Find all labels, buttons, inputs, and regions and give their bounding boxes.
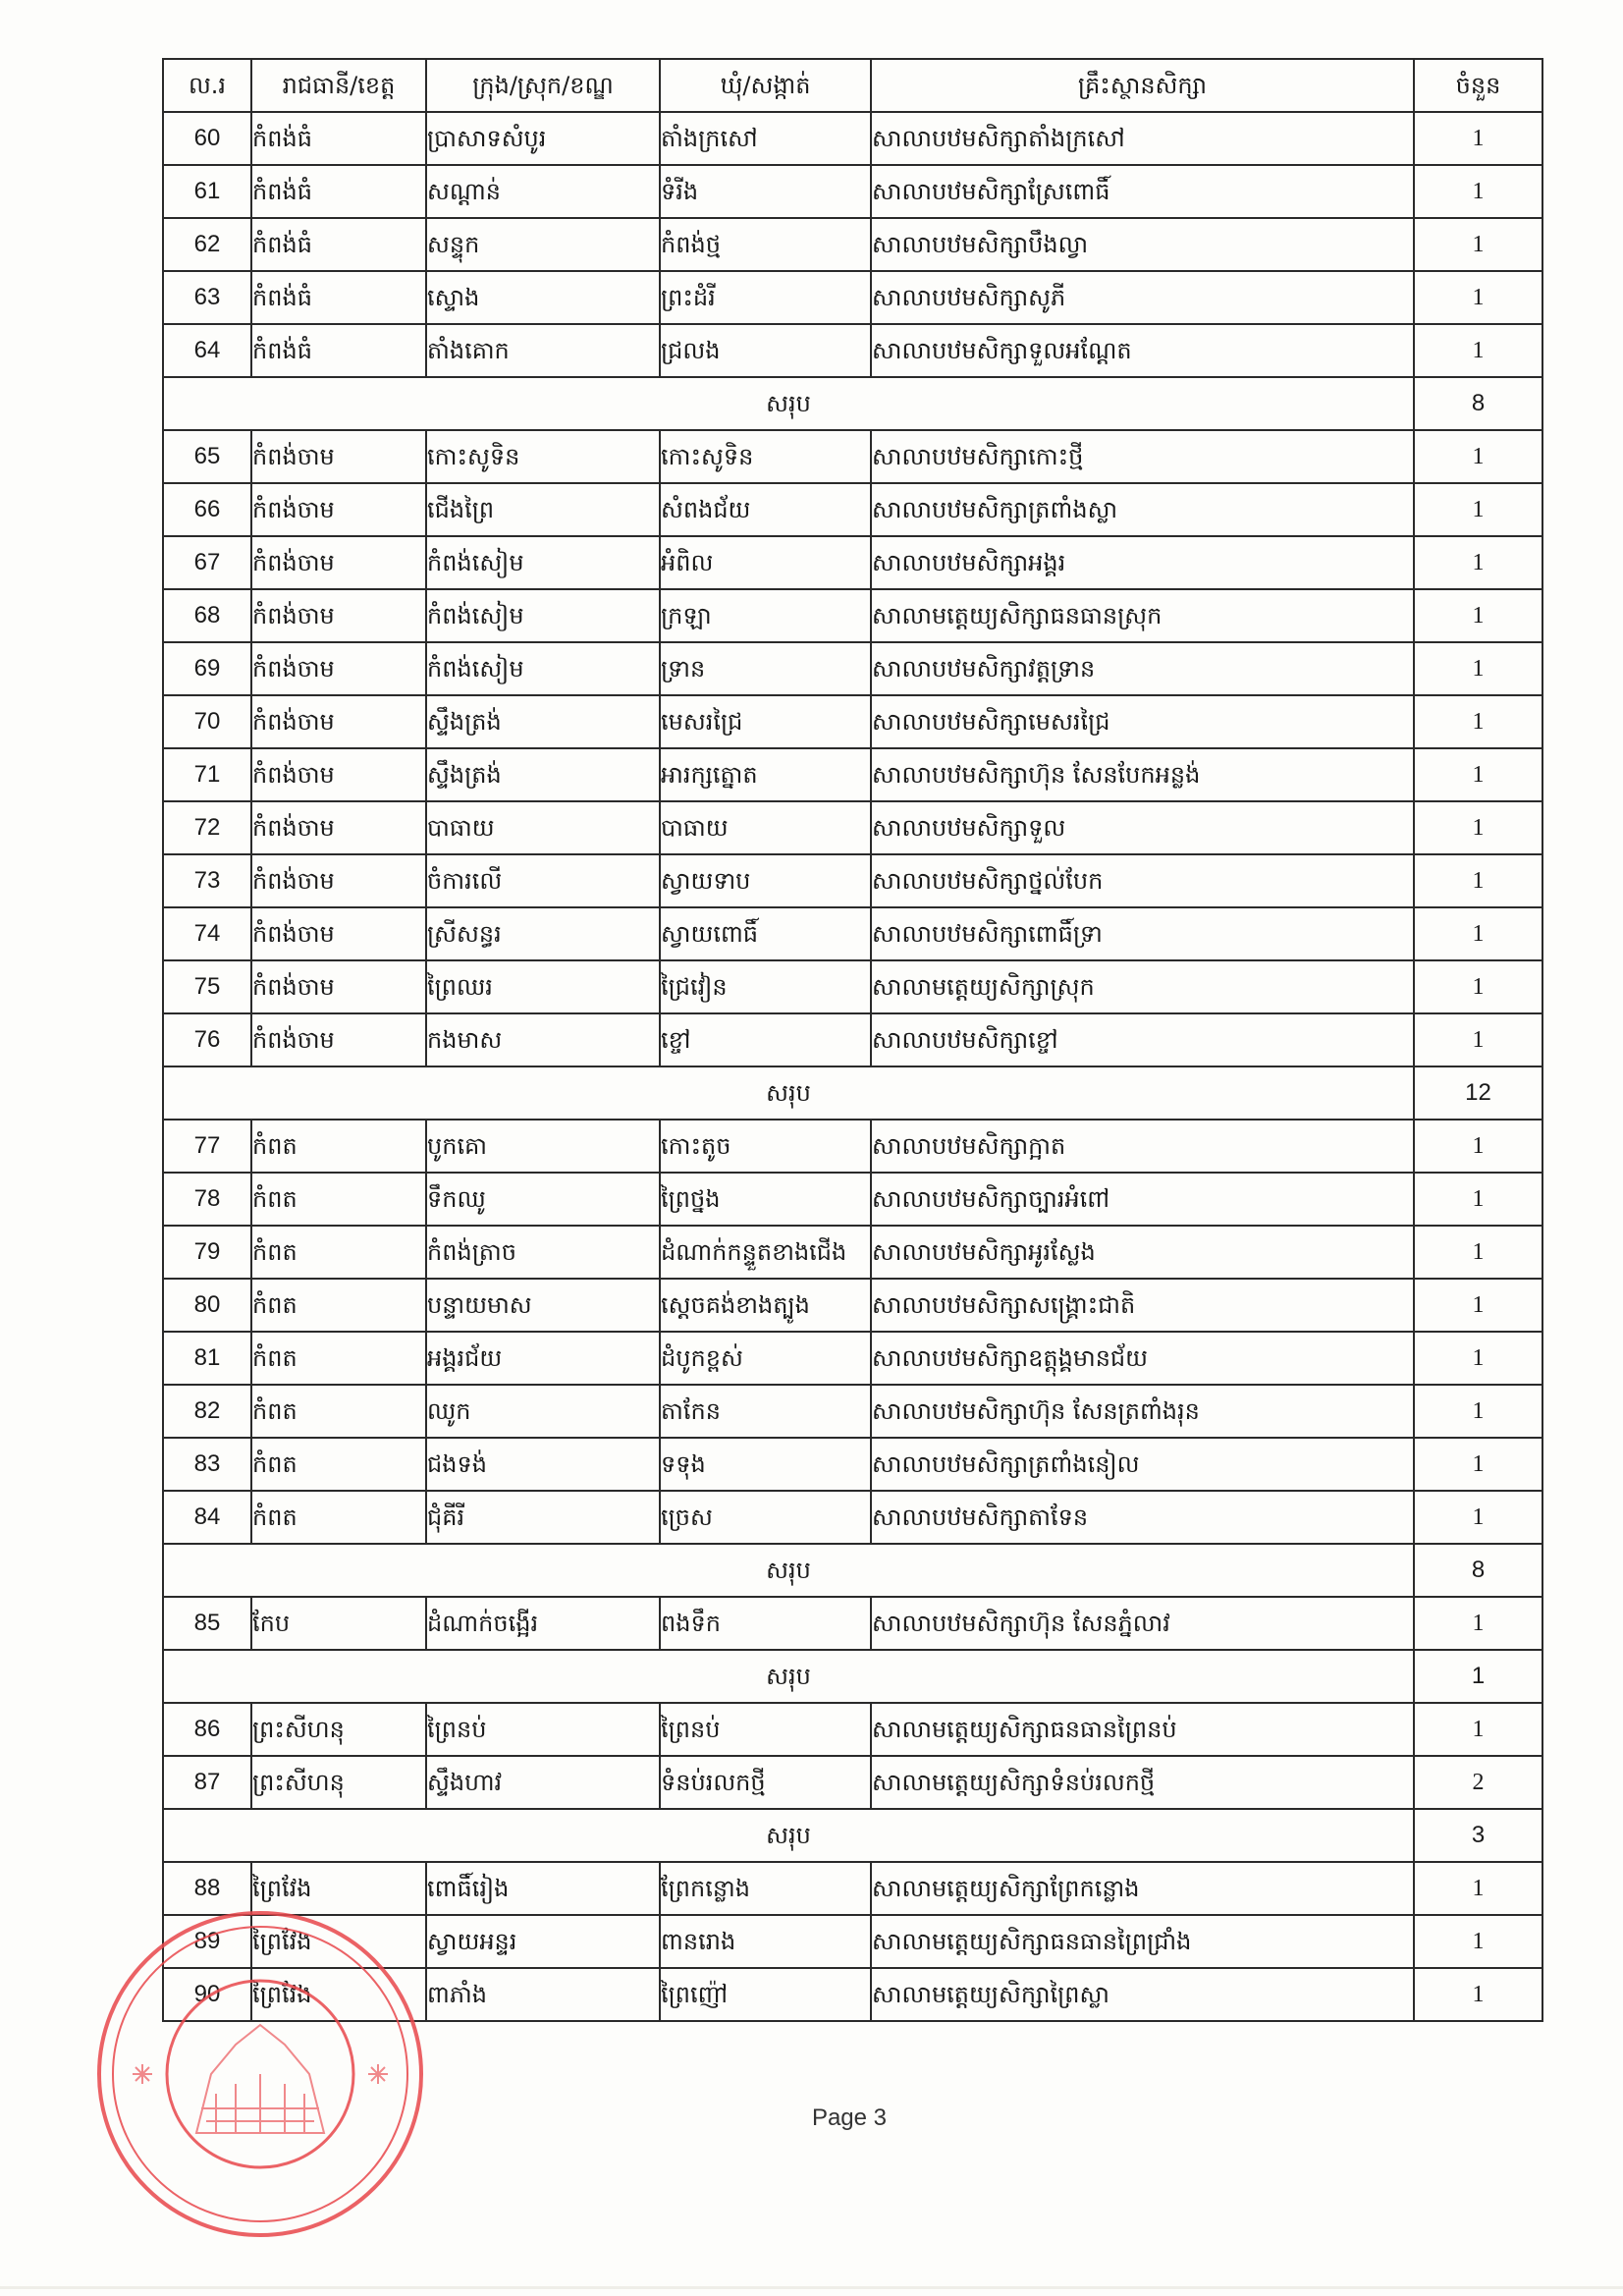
- header-commune: ឃុំ/សង្កាត់: [660, 59, 871, 112]
- commune-cell: ដំណាក់កន្ទួតខាងជើង: [660, 1226, 871, 1279]
- province-cell: កំពង់ចាម: [251, 960, 426, 1013]
- province-cell: កំពង់ចាម: [251, 854, 426, 907]
- row-number: 77: [163, 1120, 251, 1173]
- province-cell: កំពង់ចាម: [251, 1013, 426, 1066]
- row-number: 86: [163, 1703, 251, 1756]
- row-number: 80: [163, 1279, 251, 1332]
- subtotal-row: សរុប8: [163, 1544, 1542, 1597]
- school-cell: សាលាបឋមសិក្សាវត្តទ្រាន: [871, 642, 1414, 695]
- school-cell: សាលាបឋមសិក្សាអូរស្លែង: [871, 1226, 1414, 1279]
- district-cell: ស្ទឹងត្រង់: [426, 695, 660, 748]
- table-row: 75កំពង់ចាមព្រៃឈរជ្រៃវៀនសាលាមត្តេយ្យសិក្ស…: [163, 960, 1542, 1013]
- count-cell: 1: [1414, 483, 1542, 536]
- row-number: 78: [163, 1173, 251, 1226]
- school-cell: សាលាបឋមសិក្សាតាំងក្រសៅ: [871, 112, 1414, 165]
- table-row: 77កំពតបូកគោកោះតូចសាលាបឋមសិក្សាក្អាត1: [163, 1120, 1542, 1173]
- school-cell: សាលាបឋមសិក្សាហ៊ុន សែនភ្នំលាវ: [871, 1597, 1414, 1650]
- commune-cell: ស្ដេចគង់ខាងត្បូង: [660, 1279, 871, 1332]
- school-cell: សាលាបឋមសិក្សាមេសរជ្រៃ: [871, 695, 1414, 748]
- district-cell: ព្រៃឈរ: [426, 960, 660, 1013]
- subtotal-value: 12: [1414, 1066, 1542, 1120]
- school-cell: សាលាបឋមសិក្សាកោះថ្មី: [871, 430, 1414, 483]
- table-row: 66កំពង់ចាមជើងព្រៃសំពងជ័យសាលាបឋមសិក្សាត្រ…: [163, 483, 1542, 536]
- province-cell: កំពត: [251, 1332, 426, 1385]
- row-number: 70: [163, 695, 251, 748]
- school-cell: សាលាបឋមសិក្សាពោធិ៍ទ្រា: [871, 907, 1414, 960]
- commune-cell: កោះតូច: [660, 1120, 871, 1173]
- table-row: 62កំពង់ធំសន្ទុកកំពង់ថ្មសាលាបឋមសិក្សាបឹងល…: [163, 218, 1542, 271]
- district-cell: ស្វាយអន្ទរ: [426, 1915, 660, 1968]
- header-district: ក្រុង/ស្រុក/ខណ្ឌ: [426, 59, 660, 112]
- province-cell: កំពង់ធំ: [251, 112, 426, 165]
- row-number: 60: [163, 112, 251, 165]
- school-cell: សាលាបឋមសិក្សាសូភី: [871, 271, 1414, 324]
- district-cell: ស្ទោង: [426, 271, 660, 324]
- commune-cell: ព្រៃថ្នង: [660, 1173, 871, 1226]
- district-cell: កំពង់សៀម: [426, 589, 660, 642]
- province-cell: កំពង់ចាម: [251, 801, 426, 854]
- commune-cell: ព្រៃនប់: [660, 1703, 871, 1756]
- row-number: 76: [163, 1013, 251, 1066]
- row-number: 83: [163, 1438, 251, 1491]
- province-cell: កំពត: [251, 1385, 426, 1438]
- commune-cell: ជ្រលង: [660, 324, 871, 377]
- province-cell: កំពង់ចាម: [251, 695, 426, 748]
- row-number: 67: [163, 536, 251, 589]
- province-cell: កំពង់ចាម: [251, 748, 426, 801]
- province-cell: កំពត: [251, 1226, 426, 1279]
- row-number: 62: [163, 218, 251, 271]
- count-cell: 1: [1414, 695, 1542, 748]
- count-cell: 1: [1414, 1438, 1542, 1491]
- table-row: 81កំពតអង្គរជ័យដំបូកខ្ពស់សាលាបឋមសិក្សាឧត្…: [163, 1332, 1542, 1385]
- school-cell: សាលាបឋមសិក្សាក្អាត: [871, 1120, 1414, 1173]
- school-cell: សាលាបឋមសិក្សាច្បារអំពៅ: [871, 1173, 1414, 1226]
- count-cell: 1: [1414, 1332, 1542, 1385]
- province-cell: ព្រៃវែង: [251, 1915, 426, 1968]
- commune-cell: ទំនប់រលកថ្មី: [660, 1756, 871, 1809]
- school-cell: សាលាបឋមសិក្សាអង្គរ: [871, 536, 1414, 589]
- count-cell: 1: [1414, 1173, 1542, 1226]
- table-row: 83កំពតជងទង់ទទុងសាលាបឋមសិក្សាត្រពាំងនៀល1: [163, 1438, 1542, 1491]
- row-number: 88: [163, 1862, 251, 1915]
- school-cell: សាលាបឋមសិក្សាទួលអណ្ដែត: [871, 324, 1414, 377]
- school-cell: សាលាបឋមសិក្សាសង្គ្រោះជាតិ: [871, 1279, 1414, 1332]
- row-number: 73: [163, 854, 251, 907]
- table-row: 86ព្រះសីហនុព្រៃនប់ព្រៃនប់សាលាមត្តេយ្យសិក…: [163, 1703, 1542, 1756]
- school-cell: សាលាបឋមសិក្សាស្រែពោធិ៍: [871, 165, 1414, 218]
- table-row: 84កំពតជុំគីរីច្រេសសាលាបឋមសិក្សាតាទែន1: [163, 1491, 1542, 1544]
- district-cell: អង្គរជ័យ: [426, 1332, 660, 1385]
- school-cell: សាលាបឋមសិក្សាឧត្តុង្គមានជ័យ: [871, 1332, 1414, 1385]
- province-cell: កំពង់ចាម: [251, 536, 426, 589]
- province-cell: កំពង់ចាម: [251, 483, 426, 536]
- count-cell: 1: [1414, 271, 1542, 324]
- row-number: 82: [163, 1385, 251, 1438]
- subtotal-label: សរុប: [163, 1066, 1414, 1120]
- count-cell: 1: [1414, 165, 1542, 218]
- table-row: 69កំពង់ចាមកំពង់សៀមទ្រានសាលាបឋមសិក្សាវត្ត…: [163, 642, 1542, 695]
- district-cell: សណ្ដាន់: [426, 165, 660, 218]
- commune-cell: ទ្រាន: [660, 642, 871, 695]
- table-row: 89ព្រៃវែងស្វាយអន្ទរពានរោងសាលាមត្តេយ្យសិក…: [163, 1915, 1542, 1968]
- district-cell: ព្រៃនប់: [426, 1703, 660, 1756]
- commune-cell: ព្រះដំរី: [660, 271, 871, 324]
- school-cell: សាលាមត្តេយ្យសិក្សាព្រែកន្លោង: [871, 1862, 1414, 1915]
- table-row: 70កំពង់ចាមស្ទឹងត្រង់មេសរជ្រៃសាលាបឋមសិក្ស…: [163, 695, 1542, 748]
- commune-cell: ស្វាយពោធិ៍: [660, 907, 871, 960]
- district-cell: កោះសូទិន: [426, 430, 660, 483]
- table-row: 60កំពង់ធំប្រាសាទសំបូរតាំងក្រសៅសាលាបឋមសិក…: [163, 112, 1542, 165]
- table-row: 64កំពង់ធំតាំងគោកជ្រលងសាលាបឋមសិក្សាទួលអណ្…: [163, 324, 1542, 377]
- count-cell: 1: [1414, 801, 1542, 854]
- commune-cell: អំពិល: [660, 536, 871, 589]
- row-number: 61: [163, 165, 251, 218]
- table-row: 73កំពង់ចាមចំការលើស្វាយទាបសាលាបឋមសិក្សាថ្…: [163, 854, 1542, 907]
- count-cell: 1: [1414, 1915, 1542, 1968]
- table-body: 60កំពង់ធំប្រាសាទសំបូរតាំងក្រសៅសាលាបឋមសិក…: [163, 112, 1542, 2021]
- subtotal-value: 8: [1414, 377, 1542, 430]
- subtotal-row: សរុប3: [163, 1809, 1542, 1862]
- district-cell: តាំងគោក: [426, 324, 660, 377]
- table-row: 78កំពតទឹកឈូព្រៃថ្នងសាលាបឋមសិក្សាច្បារអំព…: [163, 1173, 1542, 1226]
- table-row: 85កែបដំណាក់ចង្អើរពងទឹកសាលាបឋមសិក្សាហ៊ុន …: [163, 1597, 1542, 1650]
- commune-cell: ក្រឡា: [660, 589, 871, 642]
- district-cell: ស្ទឹងត្រង់: [426, 748, 660, 801]
- count-cell: 1: [1414, 1491, 1542, 1544]
- table-row: 90ព្រៃវែងពាភាំងព្រៃញ៉ៅសាលាមត្តេយ្យសិក្សា…: [163, 1968, 1542, 2021]
- commune-cell: ដំបូកខ្ពស់: [660, 1332, 871, 1385]
- province-cell: កំពង់ធំ: [251, 218, 426, 271]
- district-cell: ស្ទឹងហាវ: [426, 1756, 660, 1809]
- province-cell: ព្រៃវែង: [251, 1862, 426, 1915]
- school-cell: សាលាមត្តេយ្យសិក្សាធនធានស្រុក: [871, 589, 1414, 642]
- commune-cell: សំពងជ័យ: [660, 483, 871, 536]
- district-cell: ជើងព្រៃ: [426, 483, 660, 536]
- table-row: 88ព្រៃវែងពោធិ៍រៀងព្រែកន្លោងសាលាមត្តេយ្យស…: [163, 1862, 1542, 1915]
- table-row: 87ព្រះសីហនុស្ទឹងហាវទំនប់រលកថ្មីសាលាមត្តេ…: [163, 1756, 1542, 1809]
- commune-cell: ច្រេស: [660, 1491, 871, 1544]
- district-cell: ស្រីសន្ធរ: [426, 907, 660, 960]
- count-cell: 1: [1414, 642, 1542, 695]
- school-cell: សាលាបឋមសិក្សាហ៊ុន សែនបែកអន្លង់: [871, 748, 1414, 801]
- commune-cell: ព្រែកន្លោង: [660, 1862, 871, 1915]
- table-row: 65កំពង់ចាមកោះសូទិនកោះសូទិនសាលាបឋមសិក្សាក…: [163, 430, 1542, 483]
- row-number: 90: [163, 1968, 251, 2021]
- district-cell: បូកគោ: [426, 1120, 660, 1173]
- count-cell: 1: [1414, 748, 1542, 801]
- row-number: 68: [163, 589, 251, 642]
- header-no: ល.រ: [163, 59, 251, 112]
- province-cell: កំពង់ធំ: [251, 271, 426, 324]
- table-row: 74កំពង់ចាមស្រីសន្ធរស្វាយពោធិ៍សាលាបឋមសិក្…: [163, 907, 1542, 960]
- commune-cell: ទំរីង: [660, 165, 871, 218]
- commune-cell: ស្វាយទាប: [660, 854, 871, 907]
- school-cell: សាលាបឋមសិក្សាបឹងល្វា: [871, 218, 1414, 271]
- count-cell: 1: [1414, 112, 1542, 165]
- header-row: ល.រ រាជធានី/ខេត្ត ក្រុង/ស្រុក/ខណ្ឌ ឃុំ/ស…: [163, 59, 1542, 112]
- table-row: 71កំពង់ចាមស្ទឹងត្រង់អារក្សត្នោតសាលាបឋមសិ…: [163, 748, 1542, 801]
- school-cell: សាលាបឋមសិក្សាតាទែន: [871, 1491, 1414, 1544]
- district-cell: ឈូក: [426, 1385, 660, 1438]
- row-number: 79: [163, 1226, 251, 1279]
- province-cell: កំពង់ចាម: [251, 589, 426, 642]
- district-cell: កំពង់សៀម: [426, 642, 660, 695]
- province-cell: កំពង់ចាម: [251, 642, 426, 695]
- subtotal-value: 3: [1414, 1809, 1542, 1862]
- subtotal-value: 1: [1414, 1650, 1542, 1703]
- school-cell: សាលាបឋមសិក្សាហ៊ុន សែនត្រពាំងរុន: [871, 1385, 1414, 1438]
- district-cell: ពោធិ៍រៀង: [426, 1862, 660, 1915]
- school-cell: សាលាមត្តេយ្យសិក្សាព្រៃស្លា: [871, 1968, 1414, 2021]
- district-cell: កំពង់ត្រាច: [426, 1226, 660, 1279]
- commune-cell: មេសរជ្រៃ: [660, 695, 871, 748]
- subtotal-value: 8: [1414, 1544, 1542, 1597]
- header-province: រាជធានី/ខេត្ត: [251, 59, 426, 112]
- province-cell: កំពត: [251, 1438, 426, 1491]
- commune-cell: ជ្រៃវៀន: [660, 960, 871, 1013]
- row-number: 89: [163, 1915, 251, 1968]
- row-number: 87: [163, 1756, 251, 1809]
- page-edge: [0, 2286, 1623, 2289]
- header-count: ចំនួន: [1414, 59, 1542, 112]
- district-cell: ទឹកឈូ: [426, 1173, 660, 1226]
- district-cell: បាធាយ: [426, 801, 660, 854]
- subtotal-label: សរុប: [163, 377, 1414, 430]
- subtotal-row: សរុប12: [163, 1066, 1542, 1120]
- commune-cell: កោះសូទិន: [660, 430, 871, 483]
- table-row: 61កំពង់ធំសណ្ដាន់ទំរីងសាលាបឋមសិក្សាស្រែពោ…: [163, 165, 1542, 218]
- table-row: 63កំពង់ធំស្ទោងព្រះដំរីសាលាបឋមសិក្សាសូភី1: [163, 271, 1542, 324]
- row-number: 84: [163, 1491, 251, 1544]
- table-row: 82កំពតឈូកតាកែនសាលាបឋមសិក្សាហ៊ុន សែនត្រពា…: [163, 1385, 1542, 1438]
- school-cell: សាលាបឋមសិក្សាត្រពាំងស្លា: [871, 483, 1414, 536]
- school-cell: សាលាបឋមសិក្សាទួល: [871, 801, 1414, 854]
- count-cell: 1: [1414, 1013, 1542, 1066]
- commune-cell: ពានរោង: [660, 1915, 871, 1968]
- province-cell: កំពង់ចាម: [251, 907, 426, 960]
- commune-cell: កំពង់ថ្ម: [660, 218, 871, 271]
- district-cell: ជងទង់: [426, 1438, 660, 1491]
- table-row: 72កំពង់ចាមបាធាយបាធាយសាលាបឋមសិក្សាទួល1: [163, 801, 1542, 854]
- count-cell: 1: [1414, 960, 1542, 1013]
- commune-cell: ព្រៃញ៉ៅ: [660, 1968, 871, 2021]
- count-cell: 1: [1414, 1597, 1542, 1650]
- row-number: 75: [163, 960, 251, 1013]
- count-cell: 1: [1414, 1385, 1542, 1438]
- count-cell: 1: [1414, 1279, 1542, 1332]
- district-cell: កំពង់សៀម: [426, 536, 660, 589]
- school-cell: សាលាបឋមសិក្សាថ្នល់បែក: [871, 854, 1414, 907]
- province-cell: កំពង់ធំ: [251, 324, 426, 377]
- school-cell: សាលាមត្តេយ្យសិក្សាស្រុក: [871, 960, 1414, 1013]
- row-number: 64: [163, 324, 251, 377]
- school-cell: សាលាមត្តេយ្យសិក្សាធនធានព្រៃជ្រាំង: [871, 1915, 1414, 1968]
- count-cell: 1: [1414, 324, 1542, 377]
- province-cell: កំពត: [251, 1279, 426, 1332]
- count-cell: 1: [1414, 1226, 1542, 1279]
- row-number: 65: [163, 430, 251, 483]
- table-row: 68កំពង់ចាមកំពង់សៀមក្រឡាសាលាមត្តេយ្យសិក្ស…: [163, 589, 1542, 642]
- header-school: គ្រឹះស្ថានសិក្សា: [871, 59, 1414, 112]
- province-cell: ព្រៃវែង: [251, 1968, 426, 2021]
- count-cell: 1: [1414, 1968, 1542, 2021]
- row-number: 63: [163, 271, 251, 324]
- page-number: Page 3: [0, 2105, 1623, 2132]
- table-header: ល.រ រាជធានី/ខេត្ត ក្រុង/ស្រុក/ខណ្ឌ ឃុំ/ស…: [163, 59, 1542, 112]
- commune-cell: ខ្ចៅ: [660, 1013, 871, 1066]
- province-cell: កំពង់ចាម: [251, 430, 426, 483]
- commune-cell: បាធាយ: [660, 801, 871, 854]
- row-number: 71: [163, 748, 251, 801]
- province-cell: កែប: [251, 1597, 426, 1650]
- commune-cell: ទទុង: [660, 1438, 871, 1491]
- count-cell: 1: [1414, 589, 1542, 642]
- count-cell: 1: [1414, 907, 1542, 960]
- count-cell: 2: [1414, 1756, 1542, 1809]
- district-cell: ជុំគីរី: [426, 1491, 660, 1544]
- subtotal-label: សរុប: [163, 1544, 1414, 1597]
- count-cell: 1: [1414, 1703, 1542, 1756]
- count-cell: 1: [1414, 1862, 1542, 1915]
- count-cell: 1: [1414, 430, 1542, 483]
- commune-cell: តាំងក្រសៅ: [660, 112, 871, 165]
- commune-cell: ពងទឹក: [660, 1597, 871, 1650]
- row-number: 74: [163, 907, 251, 960]
- district-cell: ដំណាក់ចង្អើរ: [426, 1597, 660, 1650]
- school-cell: សាលាមត្តេយ្យសិក្សាធនធានព្រៃនប់: [871, 1703, 1414, 1756]
- count-cell: 1: [1414, 536, 1542, 589]
- commune-cell: តាកែន: [660, 1385, 871, 1438]
- row-number: 72: [163, 801, 251, 854]
- table-row: 80កំពតបន្ទាយមាសស្ដេចគង់ខាងត្បូងសាលាបឋមសិ…: [163, 1279, 1542, 1332]
- province-cell: កំពត: [251, 1173, 426, 1226]
- row-number: 66: [163, 483, 251, 536]
- province-cell: កំពង់ធំ: [251, 165, 426, 218]
- table-row: 79កំពតកំពង់ត្រាចដំណាក់កន្ទួតខាងជើងសាលាបឋ…: [163, 1226, 1542, 1279]
- district-cell: ចំការលើ: [426, 854, 660, 907]
- count-cell: 1: [1414, 854, 1542, 907]
- district-cell: សន្ទុក: [426, 218, 660, 271]
- school-cell: សាលាបឋមសិក្សាត្រពាំងនៀល: [871, 1438, 1414, 1491]
- district-cell: ប្រាសាទសំបូរ: [426, 112, 660, 165]
- subtotal-label: សរុប: [163, 1809, 1414, 1862]
- subtotal-row: សរុប1: [163, 1650, 1542, 1703]
- province-cell: ព្រះសីហនុ: [251, 1703, 426, 1756]
- district-cell: ពាភាំង: [426, 1968, 660, 2021]
- commune-cell: អារក្សត្នោត: [660, 748, 871, 801]
- count-cell: 1: [1414, 1120, 1542, 1173]
- subtotal-row: សរុប8: [163, 377, 1542, 430]
- province-cell: កំពត: [251, 1491, 426, 1544]
- district-cell: កងមាស: [426, 1013, 660, 1066]
- count-cell: 1: [1414, 218, 1542, 271]
- row-number: 85: [163, 1597, 251, 1650]
- schools-table: ល.រ រាជធានី/ខេត្ត ក្រុង/ស្រុក/ខណ្ឌ ឃុំ/ស…: [162, 58, 1543, 2022]
- row-number: 81: [163, 1332, 251, 1385]
- district-cell: បន្ទាយមាស: [426, 1279, 660, 1332]
- province-cell: ព្រះសីហនុ: [251, 1756, 426, 1809]
- table-row: 76កំពង់ចាមកងមាសខ្ចៅសាលាបឋមសិក្សាខ្ចៅ1: [163, 1013, 1542, 1066]
- school-cell: សាលាមត្តេយ្យសិក្សាទំនប់រលកថ្មី: [871, 1756, 1414, 1809]
- school-cell: សាលាបឋមសិក្សាខ្ចៅ: [871, 1013, 1414, 1066]
- row-number: 69: [163, 642, 251, 695]
- province-cell: កំពត: [251, 1120, 426, 1173]
- subtotal-label: សរុប: [163, 1650, 1414, 1703]
- table-row: 67កំពង់ចាមកំពង់សៀមអំពិលសាលាបឋមសិក្សាអង្គ…: [163, 536, 1542, 589]
